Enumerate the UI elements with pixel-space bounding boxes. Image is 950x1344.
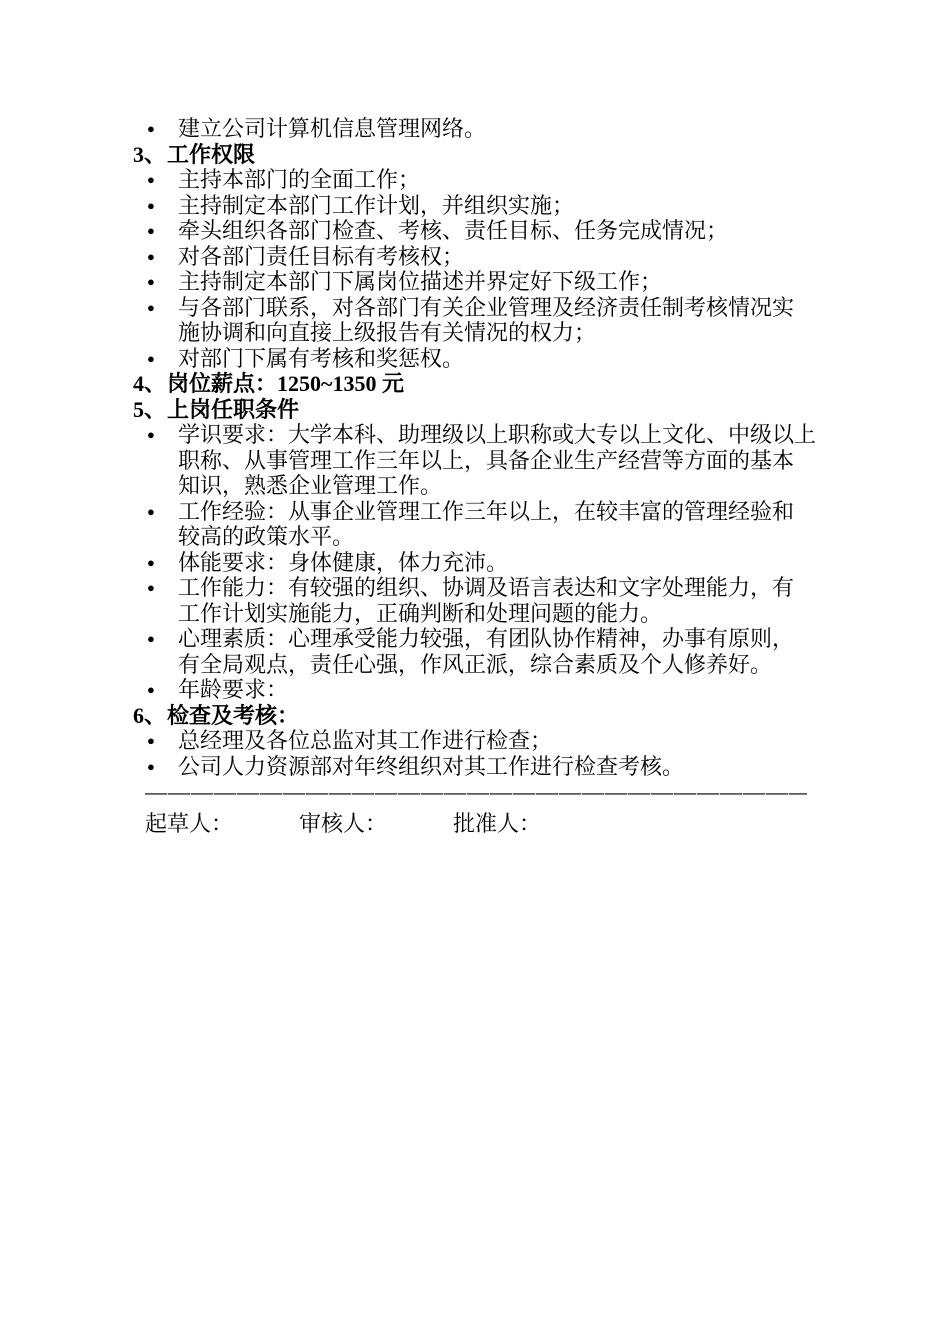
bullet-item: ●对部门下属有考核和奖惩权。: [128, 346, 822, 372]
item-text: 主持制定本部门工作计划，并组织实施；: [178, 193, 822, 219]
bullet-icon: ●: [128, 728, 178, 754]
bullet-item: ●学识要求：大学本科、助理级以上职称或大专以上文化、中级以上 职称、从事管理工作…: [128, 422, 822, 499]
heading-number: 3、: [128, 142, 167, 168]
item-text: 工作经验：从事企业管理工作三年以上，在较丰富的管理经验和 较高的政策水平。: [178, 499, 822, 550]
bullet-item: ●与各部门联系，对各部门有关企业管理及经济责任制考核情况实 施协调和向直接上级报…: [128, 295, 822, 346]
signature-label: 批准人：: [453, 811, 541, 837]
item-text: 对各部门责任目标有考核权；: [178, 244, 822, 270]
separator-line: ————————————————————————————————: [145, 779, 807, 805]
job-description-document: ●建立公司计算机信息管理网络。3、工作权限●主持本部门的全面工作；●主持制定本部…: [128, 116, 822, 836]
signature-label: 起草人：: [145, 811, 233, 837]
bullet-item: ●牵头组织各部门检查、考核、责任目标、任务完成情况；: [128, 218, 822, 244]
bullet-icon: ●: [128, 244, 178, 270]
item-text: 学识要求：大学本科、助理级以上职称或大专以上文化、中级以上 职称、从事管理工作三…: [178, 422, 822, 499]
heading-number: 6、: [128, 703, 167, 729]
bullet-icon: ●: [128, 575, 178, 601]
item-list: ●建立公司计算机信息管理网络。3、工作权限●主持本部门的全面工作；●主持制定本部…: [128, 116, 822, 779]
signature-row: 起草人：审核人：批准人：: [145, 811, 822, 837]
item-text: 牵头组织各部门检查、考核、责任目标、任务完成情况；: [178, 218, 822, 244]
bullet-icon: ●: [128, 167, 178, 193]
bullet-item: ●对各部门责任目标有考核权；: [128, 244, 822, 270]
section-heading: 4、岗位薪点：1250~1350 元: [128, 371, 822, 397]
bullet-item: ●心理素质：心理承受能力较强，有团队协作精神，办事有原则， 有全局观点，责任心强…: [128, 626, 822, 677]
bullet-icon: ●: [128, 116, 178, 142]
item-text: 与各部门联系，对各部门有关企业管理及经济责任制考核情况实 施协调和向直接上级报告…: [178, 295, 822, 346]
heading-text: 工作权限: [167, 142, 822, 168]
item-text: 建立公司计算机信息管理网络。: [178, 116, 822, 142]
bullet-icon: ●: [128, 218, 178, 244]
signature-label: 审核人：: [299, 811, 387, 837]
bullet-item: ●工作经验：从事企业管理工作三年以上，在较丰富的管理经验和 较高的政策水平。: [128, 499, 822, 550]
heading-number: 5、: [128, 397, 167, 423]
section-heading: 5、上岗任职条件: [128, 397, 822, 423]
section-heading: 3、工作权限: [128, 142, 822, 168]
bullet-item: ●工作能力：有较强的组织、协调及语言表达和文字处理能力，有 工作计划实施能力，正…: [128, 575, 822, 626]
bullet-icon: ●: [128, 754, 178, 780]
item-text: 年龄要求：: [178, 677, 822, 703]
section-heading: 6、检查及考核：: [128, 703, 822, 729]
heading-text: 岗位薪点：1250~1350 元: [167, 371, 822, 397]
bullet-item: ●年龄要求：: [128, 677, 822, 703]
bullet-icon: ●: [128, 677, 178, 703]
item-text: 体能要求：身体健康，体力充沛。: [178, 550, 822, 576]
bullet-icon: ●: [128, 193, 178, 219]
heading-text: 上岗任职条件: [167, 397, 822, 423]
item-text: 主持制定本部门下属岗位描述并界定好下级工作；: [178, 269, 822, 295]
heading-number: 4、: [128, 371, 167, 397]
item-text: 工作能力：有较强的组织、协调及语言表达和文字处理能力，有 工作计划实施能力，正确…: [178, 575, 822, 626]
item-text: 对部门下属有考核和奖惩权。: [178, 346, 822, 372]
bullet-item: ●体能要求：身体健康，体力充沛。: [128, 550, 822, 576]
document-page: ●建立公司计算机信息管理网络。3、工作权限●主持本部门的全面工作；●主持制定本部…: [0, 0, 950, 1344]
bullet-icon: ●: [128, 422, 178, 448]
bullet-item: ●建立公司计算机信息管理网络。: [128, 116, 822, 142]
bullet-icon: ●: [128, 346, 178, 372]
bullet-item: ●主持制定本部门下属岗位描述并界定好下级工作；: [128, 269, 822, 295]
bullet-icon: ●: [128, 499, 178, 525]
heading-text: 检查及考核：: [167, 703, 822, 729]
bullet-icon: ●: [128, 550, 178, 576]
bullet-item: ●公司人力资源部对年终组织对其工作进行检查考核。: [128, 754, 822, 780]
item-text: 公司人力资源部对年终组织对其工作进行检查考核。: [178, 754, 822, 780]
bullet-icon: ●: [128, 295, 178, 321]
bullet-icon: ●: [128, 626, 178, 652]
bullet-icon: ●: [128, 269, 178, 295]
bullet-item: ●主持本部门的全面工作；: [128, 167, 822, 193]
bullet-item: ●总经理及各位总监对其工作进行检查；: [128, 728, 822, 754]
item-text: 总经理及各位总监对其工作进行检查；: [178, 728, 822, 754]
item-text: 主持本部门的全面工作；: [178, 167, 822, 193]
item-text: 心理素质：心理承受能力较强，有团队协作精神，办事有原则， 有全局观点，责任心强，…: [178, 626, 822, 677]
bullet-item: ●主持制定本部门工作计划，并组织实施；: [128, 193, 822, 219]
